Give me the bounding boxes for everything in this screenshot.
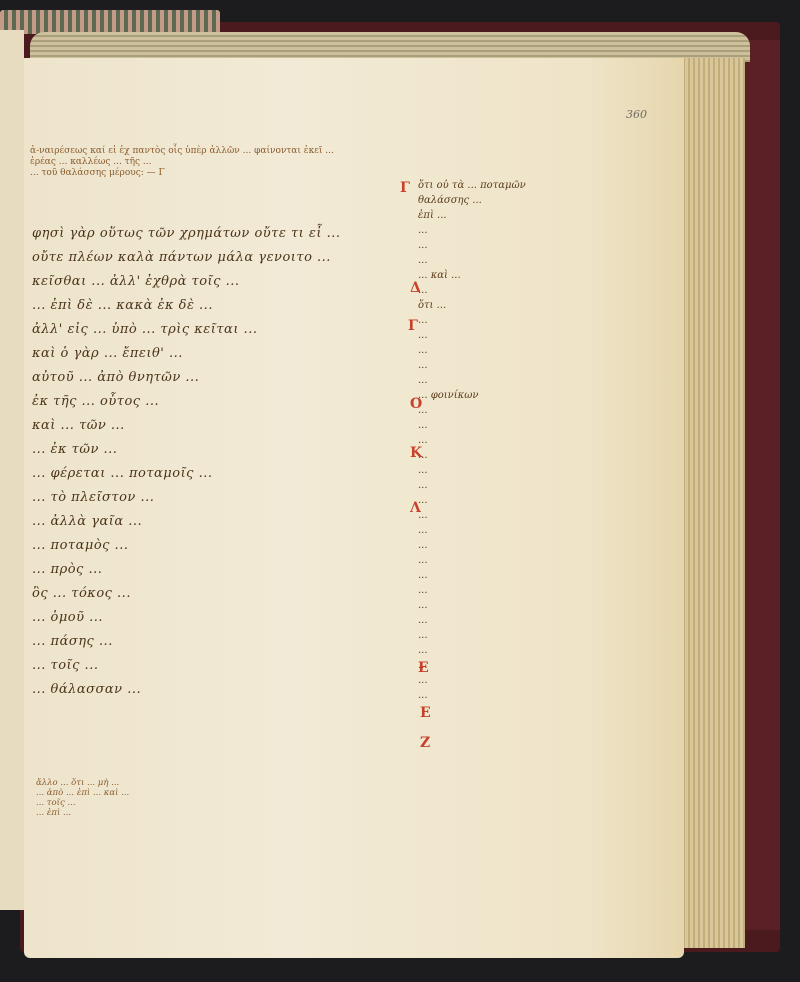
marginal-letter: Ο xyxy=(410,396,422,412)
commentary-line: ... xyxy=(418,343,588,358)
marginal-letter: Ε xyxy=(420,705,431,721)
text-line: ἐκ τῆς ... οὗτος ... xyxy=(32,390,412,414)
commentary-line: ... xyxy=(418,418,588,433)
commentary-line: ... xyxy=(418,223,588,238)
text-line: ... ποταμὸς ... xyxy=(32,534,412,558)
text-line: φησὶ γὰρ οὕτως τῶν χρημάτων οὔτε τι εἶ .… xyxy=(32,222,412,246)
commentary-line: ὅτι οὐ τὰ ... ποταμῶν xyxy=(418,178,588,193)
commentary-line: ἐπὶ ... xyxy=(418,208,588,223)
marginal-letter: Ε xyxy=(418,660,429,676)
commentary-line: ὅτι ... xyxy=(418,298,588,313)
commentary-line: ... xyxy=(418,643,588,658)
commentary-line: θαλάσσης ... xyxy=(418,193,588,208)
marginal-letter: Κ xyxy=(410,445,422,461)
marginal-letter: Γ xyxy=(400,180,410,196)
text-line: ἀλλ' εἰς ... ὑπὸ ... τρὶς κεῖται ... xyxy=(32,318,412,342)
commentary-line: ... xyxy=(418,373,588,388)
marginal-letter: Γ xyxy=(408,318,418,334)
folio-number: 360 xyxy=(626,108,647,121)
main-text-column: φησὶ γὰρ οὕτως τῶν χρημάτων οὔτε τι εἶ .… xyxy=(32,222,412,702)
text-line: ὃς ... τόκος ... xyxy=(32,582,412,606)
text-line: ... ἐκ τῶν ... xyxy=(32,438,412,462)
commentary-line: ... xyxy=(418,628,588,643)
commentary-line: ... xyxy=(418,403,588,418)
scholia-line: ἀ-ναιρέσεως καί εἰ ἐχ παντὸς οἷς ὑπὲρ ἀλ… xyxy=(30,146,590,157)
commentary-line: ... xyxy=(418,493,588,508)
commentary-line: ... xyxy=(418,508,588,523)
facing-page-edge xyxy=(0,30,24,910)
commentary-column: ὅτι οὐ τὰ ... ποταμῶνθαλάσσης ...ἐπὶ ...… xyxy=(418,178,588,703)
commentary-line: ... xyxy=(418,253,588,268)
commentary-line: ... xyxy=(418,673,588,688)
text-line: ... ὁμοῦ ... xyxy=(32,606,412,630)
commentary-line: ... xyxy=(418,358,588,373)
text-line: ... ἐπὶ δὲ ... κακὰ ἐκ δὲ ... xyxy=(32,294,412,318)
scholia-line: ἄλλο ... ὅτι ... μὴ ... xyxy=(36,778,596,788)
text-line: καὶ ὁ γὰρ ... ἔπειθ' ... xyxy=(32,342,412,366)
commentary-line: ... xyxy=(418,328,588,343)
commentary-line: ... φοινίκων xyxy=(418,388,588,403)
marginal-letter: Λ xyxy=(410,500,421,516)
marginal-letter: Δ xyxy=(410,280,421,296)
scholia-line: ἐρέας ... καλλέως ... τῆς ... xyxy=(30,157,590,168)
commentary-line: ... xyxy=(418,523,588,538)
scholia-line: ... τοῖς ... xyxy=(36,798,596,808)
commentary-line: ... καὶ ... xyxy=(418,268,588,283)
scholia-bottom: ἄλλο ... ὅτι ... μὴ ... ... ἀπὸ ... ἐπὶ … xyxy=(36,778,596,818)
text-line: ... τὸ πλεῖστον ... xyxy=(32,486,412,510)
text-line: καὶ ... τῶν ... xyxy=(32,414,412,438)
scholia-line: ... ἐπὶ ... xyxy=(36,808,596,818)
commentary-line: ... xyxy=(418,553,588,568)
commentary-line: ... xyxy=(418,568,588,583)
text-line: ... φέρεται ... ποταμοῖς ... xyxy=(32,462,412,486)
commentary-line: ... xyxy=(418,478,588,493)
text-line: ... πάσης ... xyxy=(32,630,412,654)
commentary-line: ... xyxy=(418,538,588,553)
commentary-line: ... xyxy=(418,448,588,463)
scholia-line: ... ἀπὸ ... ἐπὶ ... καὶ ... xyxy=(36,788,596,798)
text-line: αὐτοῦ ... ἀπὸ θνητῶν ... xyxy=(32,366,412,390)
text-line: οὔτε πλέων καλὰ πάντων μάλα γενοιτο ... xyxy=(32,246,412,270)
commentary-line: ... xyxy=(418,463,588,478)
text-line: κεῖσθαι ... ἀλλ' ἐχθρὰ τοῖς ... xyxy=(32,270,412,294)
commentary-line: ... xyxy=(418,613,588,628)
commentary-line: ... xyxy=(418,238,588,253)
commentary-line: ... xyxy=(418,433,588,448)
commentary-line: ... xyxy=(418,658,588,673)
text-line: ... τοῖς ... xyxy=(32,654,412,678)
scholia-top: ἀ-ναιρέσεως καί εἰ ἐχ παντὸς οἷς ὑπὲρ ἀλ… xyxy=(30,146,590,179)
commentary-line: ... xyxy=(418,283,588,298)
cover-edge xyxy=(740,40,780,930)
marginal-letter: Ζ xyxy=(420,735,430,751)
commentary-line: ... xyxy=(418,598,588,613)
commentary-line: ... xyxy=(418,583,588,598)
spine-headband xyxy=(0,10,220,34)
text-line: ... πρὸς ... xyxy=(32,558,412,582)
commentary-line: ... xyxy=(418,688,588,703)
commentary-line: ... xyxy=(418,313,588,328)
text-line: ... ἀλλὰ γαῖα ... xyxy=(32,510,412,534)
text-line: ... θάλασσαν ... xyxy=(32,678,412,702)
